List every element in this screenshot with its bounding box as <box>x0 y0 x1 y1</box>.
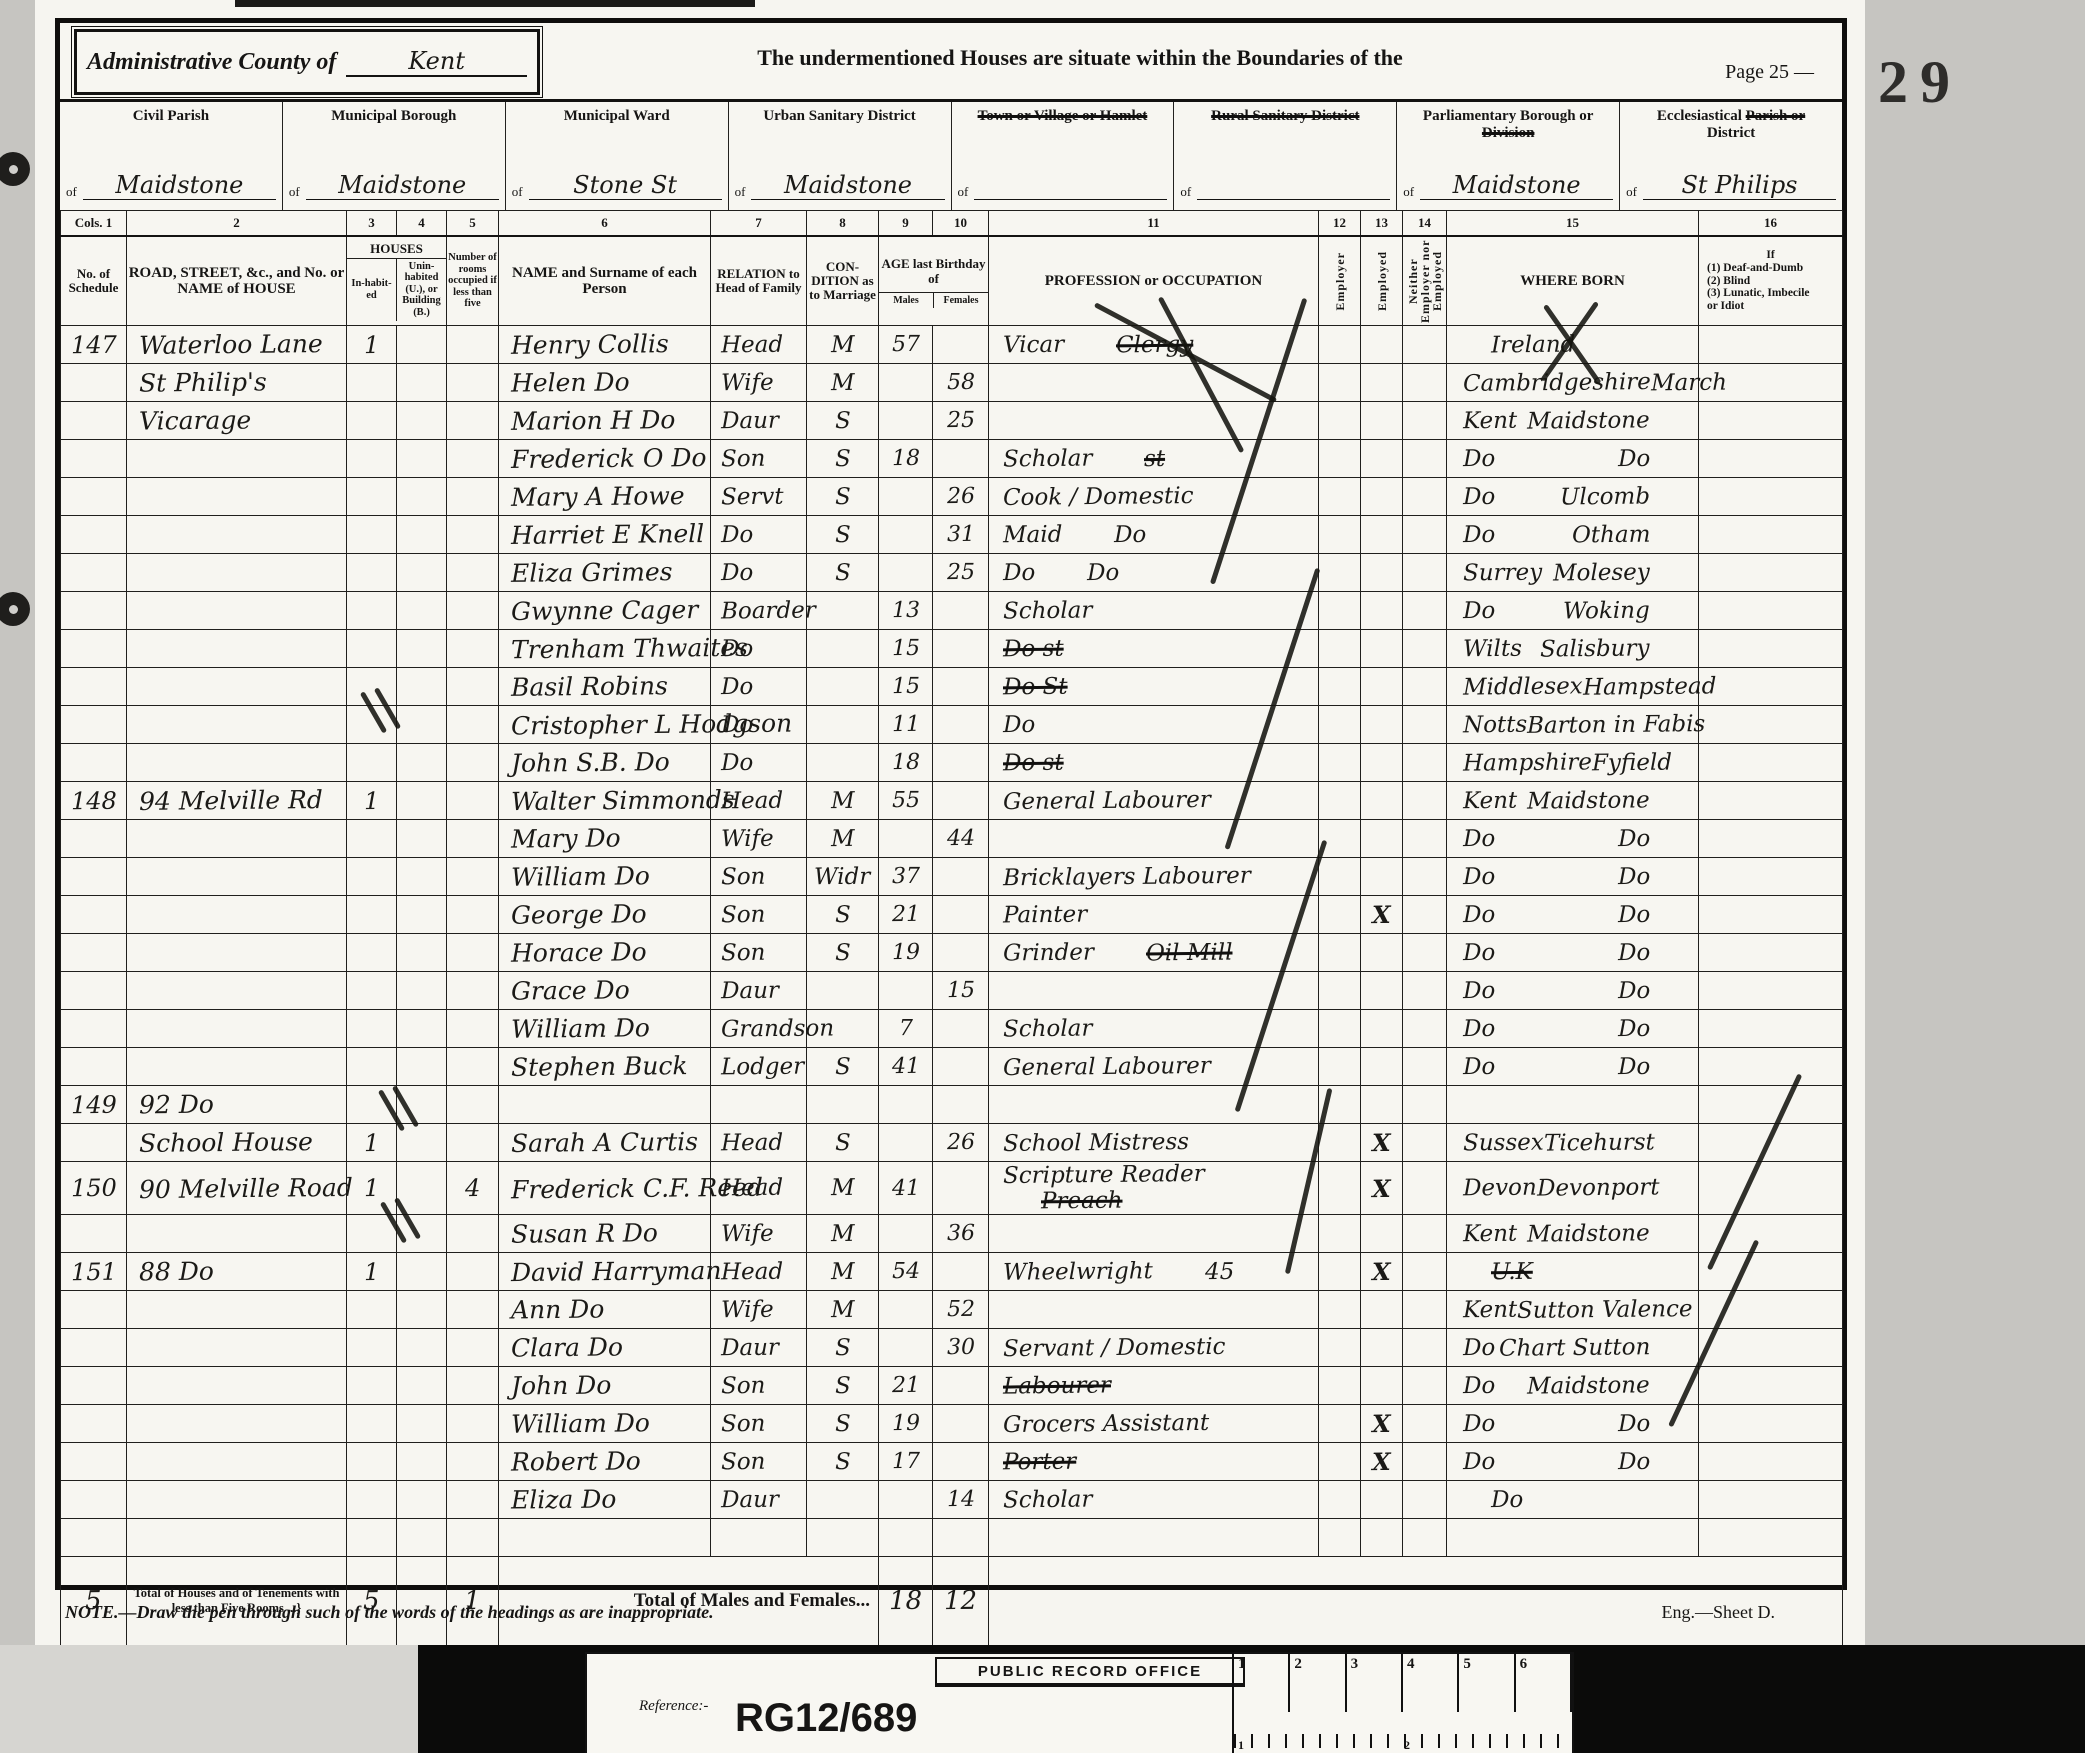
cell-name: Ann Do <box>499 1291 711 1329</box>
cell-profession: Do st <box>989 630 1319 668</box>
cell-neither <box>1403 1367 1447 1405</box>
col-houses-header: HOUSES In-habit-ed Unin-habited (U.), or… <box>347 236 447 326</box>
col-condition-header: CON-DITION as to Marriage <box>807 236 879 326</box>
cell-neither <box>1403 554 1447 592</box>
cell-age-male: 11 <box>879 706 933 744</box>
cell-schedule: 150 <box>61 1162 127 1215</box>
cell-employed <box>1361 744 1403 782</box>
cell-condition: S <box>807 896 879 934</box>
cell-uninhabited <box>397 1215 447 1253</box>
cell-employed <box>1361 1481 1403 1519</box>
cell-employer <box>1319 934 1361 972</box>
cell-employed <box>1361 668 1403 706</box>
cell-infirmity <box>1699 1086 1843 1124</box>
district-label: Parliamentary Borough orDivision <box>1403 108 1613 146</box>
cell-age-male: 17 <box>879 1443 933 1481</box>
cell-rooms <box>447 668 499 706</box>
cell-inhabited <box>347 402 397 440</box>
cell-age-male <box>879 1086 933 1124</box>
cell-age-female <box>933 706 989 744</box>
cell-inhabited: 1 <box>347 1162 397 1215</box>
cell-age-male <box>879 820 933 858</box>
cell-rooms <box>447 364 499 402</box>
census-row: VicarageMarion H DoDaurS25KentMaidstone <box>61 402 1843 440</box>
cell-relation: Son <box>711 1443 807 1481</box>
census-row: Frederick O DoSonS18ScholarstDoDo <box>61 440 1843 478</box>
cell-schedule <box>61 668 127 706</box>
cell-age-male <box>879 1215 933 1253</box>
total-houses-label: Total of Houses and of Tenements with le… <box>127 1557 347 1646</box>
census-row: William DoSonWidr37Bricklayers LabourerD… <box>61 858 1843 896</box>
cell-name: William Do <box>499 858 711 896</box>
cell-where-born: DoOtham <box>1447 516 1699 554</box>
cell-age-female <box>933 1010 989 1048</box>
cell-rooms <box>447 1405 499 1443</box>
cell-schedule: 147 <box>61 326 127 364</box>
cell-profession: GrinderOil Mill <box>989 934 1319 972</box>
cell-age-female: 36 <box>933 1215 989 1253</box>
cell-name: Horace Do <box>499 934 711 972</box>
cell-age-female <box>933 1086 989 1124</box>
cell-schedule <box>61 706 127 744</box>
cell-employer <box>1319 478 1361 516</box>
cell-employer <box>1319 1253 1361 1291</box>
cell-rooms <box>447 706 499 744</box>
cell-uninhabited <box>397 1367 447 1405</box>
cell-address <box>127 1481 347 1519</box>
cell-profession: Porter <box>989 1443 1319 1481</box>
col-males-header: Males <box>879 293 934 308</box>
cell-where-born: HampshireFyfield <box>1447 744 1699 782</box>
cell-profession: Painter <box>989 896 1319 934</box>
administrative-county-box: Administrative County of Kent <box>74 29 540 95</box>
cell-profession <box>989 1086 1319 1124</box>
cell-neither <box>1403 782 1447 820</box>
cell-address: 92 Do <box>127 1086 347 1124</box>
hole-punch <box>0 592 30 626</box>
cell-profession: Labourer <box>989 1367 1319 1405</box>
cell-age-male <box>879 1481 933 1519</box>
cell-name: Eliza Do <box>499 1481 711 1519</box>
cell-relation: Head <box>711 1253 807 1291</box>
cell-age-female: 25 <box>933 402 989 440</box>
cell-name <box>499 1519 711 1557</box>
cell-name <box>499 1086 711 1124</box>
cell-inhabited <box>347 1367 397 1405</box>
cell-age-female <box>933 896 989 934</box>
census-row: Ann DoWifeM52KentSutton Valence <box>61 1291 1843 1329</box>
cell-inhabited <box>347 744 397 782</box>
cell-employer <box>1319 1329 1361 1367</box>
cell-infirmity <box>1699 782 1843 820</box>
pro-title: PUBLIC RECORD OFFICE <box>935 1657 1245 1687</box>
cell-address: 88 Do <box>127 1253 347 1291</box>
col-number-13: 13 <box>1361 211 1403 237</box>
cell-relation: Servt <box>711 478 807 516</box>
cell-condition: S <box>807 554 879 592</box>
cell-where-born: DoDo <box>1447 858 1699 896</box>
cell-condition: S <box>807 1367 879 1405</box>
cell-where-born: KentMaidstone <box>1447 1215 1699 1253</box>
cell-employed <box>1361 1291 1403 1329</box>
district-4: Town or Village or Hamletof <box>952 102 1175 210</box>
cell-schedule <box>61 1291 127 1329</box>
folio-stamp-number: 29 <box>1878 48 1962 117</box>
cell-name: Walter Simmonds <box>499 782 711 820</box>
census-table: Cols. 12345678910111213141516 No. of Sch… <box>60 210 1843 1646</box>
cell-infirmity <box>1699 1048 1843 1086</box>
cell-schedule: 151 <box>61 1253 127 1291</box>
cell-inhabited <box>347 478 397 516</box>
cell-name: Harriet E Knell <box>499 516 711 554</box>
cell-where-born: DoDo <box>1447 896 1699 934</box>
pro-reference-card: PUBLIC RECORD OFFICE Reference:- RG12/68… <box>585 1652 1574 1753</box>
cell-infirmity <box>1699 478 1843 516</box>
cell-age-female: 26 <box>933 1124 989 1162</box>
of-prefix: of <box>289 184 300 200</box>
total-uninhabited <box>397 1557 447 1646</box>
cell-inhabited <box>347 820 397 858</box>
cell-rooms <box>447 1048 499 1086</box>
cell-neither <box>1403 1124 1447 1162</box>
cell-relation: Head <box>711 1124 807 1162</box>
cell-profession: Servant / Domestic <box>989 1329 1319 1367</box>
cell-employer <box>1319 326 1361 364</box>
col-neither-header: Neither Employer nor Employed <box>1403 236 1447 326</box>
cell-infirmity <box>1699 592 1843 630</box>
cell-age-male: 41 <box>879 1162 933 1215</box>
cell-age-male: 18 <box>879 440 933 478</box>
cell-employed <box>1361 1367 1403 1405</box>
cell-infirmity <box>1699 972 1843 1010</box>
col-number-14: 14 <box>1403 211 1447 237</box>
census-page-scan: Administrative County of Kent The underm… <box>0 0 2085 1753</box>
cell-age-male: 15 <box>879 668 933 706</box>
cell-infirmity <box>1699 1253 1843 1291</box>
cell-relation: Head <box>711 326 807 364</box>
cell-infirmity <box>1699 1162 1843 1215</box>
col-number-2: 2 <box>127 211 347 237</box>
cell-uninhabited <box>397 402 447 440</box>
cell-age-male <box>879 1291 933 1329</box>
cell-address <box>127 1405 347 1443</box>
cell-age-male <box>879 554 933 592</box>
cell-where-born: WiltsSalisbury <box>1447 630 1699 668</box>
col-employer-header: Employer <box>1319 236 1361 326</box>
cell-profession <box>989 1215 1319 1253</box>
of-prefix: of <box>1403 184 1414 200</box>
cell-where-born <box>1447 1519 1699 1557</box>
cell-uninhabited <box>397 744 447 782</box>
cell-name: Stephen Buck <box>499 1048 711 1086</box>
hole-punch <box>0 152 30 186</box>
col-infirmity-header: If (1) Deaf-and-Dumb (2) Blind (3) Lunat… <box>1699 236 1843 326</box>
cell-inhabited <box>347 668 397 706</box>
employed-vertical-label: Employed <box>1376 251 1388 311</box>
cell-age-male: 37 <box>879 858 933 896</box>
cell-age-female <box>933 1162 989 1215</box>
cell-employer <box>1319 402 1361 440</box>
cell-relation: Daur <box>711 1329 807 1367</box>
cell-employer <box>1319 896 1361 934</box>
cell-name: Clara Do <box>499 1329 711 1367</box>
cell-age-male: 19 <box>879 1405 933 1443</box>
cell-name: Marion H Do <box>499 402 711 440</box>
cell-name: Robert Do <box>499 1443 711 1481</box>
cell-employed <box>1361 1329 1403 1367</box>
cell-condition <box>807 1086 879 1124</box>
cell-employer <box>1319 668 1361 706</box>
cell-schedule <box>61 896 127 934</box>
cell-rooms <box>447 820 499 858</box>
cell-employed <box>1361 364 1403 402</box>
cell-age-male: 15 <box>879 630 933 668</box>
cell-neither <box>1403 478 1447 516</box>
total-rooms: 1 <box>447 1557 499 1646</box>
cell-rooms <box>447 440 499 478</box>
cell-relation: Do <box>711 668 807 706</box>
cell-condition: S <box>807 1124 879 1162</box>
cell-profession: Do st <box>989 744 1319 782</box>
cell-employer <box>1319 1519 1361 1557</box>
cell-relation: Do <box>711 744 807 782</box>
census-row: Gwynne CagerBoarder13ScholarDoWoking <box>61 592 1843 630</box>
total-mf-label: Total of Males and Females... <box>499 1557 879 1646</box>
cell-name: John Do <box>499 1367 711 1405</box>
cell-rooms <box>447 630 499 668</box>
cell-condition: S <box>807 1405 879 1443</box>
cell-infirmity <box>1699 896 1843 934</box>
cell-schedule <box>61 592 127 630</box>
county-label: Administrative County of <box>87 49 336 76</box>
cell-infirmity <box>1699 858 1843 896</box>
cell-uninhabited <box>397 630 447 668</box>
col-number-1: Cols. 1 <box>61 211 127 237</box>
cell-condition: M <box>807 820 879 858</box>
cell-neither <box>1403 934 1447 972</box>
census-row: William DoGrandson7ScholarDoDo <box>61 1010 1843 1048</box>
cell-infirmity <box>1699 1367 1843 1405</box>
totals-empty <box>989 1557 1843 1646</box>
infirmity-line: or Idiot <box>1699 300 1842 313</box>
cell-where-born: Do <box>1447 1481 1699 1519</box>
cell-neither <box>1403 858 1447 896</box>
col-females-header: Females <box>934 293 988 308</box>
cell-condition: M <box>807 1162 879 1215</box>
cell-employed <box>1361 1519 1403 1557</box>
cell-employed <box>1361 972 1403 1010</box>
col-age-header: AGE last Birthday of Males Females <box>879 236 989 326</box>
cell-profession: VicarClergy <box>989 326 1319 364</box>
census-row: Mary DoWifeM44DoDo <box>61 820 1843 858</box>
cell-age-female <box>933 1048 989 1086</box>
cell-schedule: 149 <box>61 1086 127 1124</box>
cell-neither <box>1403 820 1447 858</box>
district-value-handwritten: Maidstone <box>1420 171 1613 200</box>
cell-schedule <box>61 1481 127 1519</box>
cell-employer <box>1319 744 1361 782</box>
employer-vertical-label: Employer <box>1334 252 1346 311</box>
census-row: Cristopher L HodgsonDo11DoNottsBarton in… <box>61 706 1843 744</box>
cell-relation: Lodger <box>711 1048 807 1086</box>
cell-uninhabited <box>397 1048 447 1086</box>
cell-age-male: 18 <box>879 744 933 782</box>
cell-schedule: 148 <box>61 782 127 820</box>
cell-profession: Scholar <box>989 592 1319 630</box>
cell-uninhabited <box>397 820 447 858</box>
cell-age-male <box>879 972 933 1010</box>
cell-inhabited <box>347 1291 397 1329</box>
cell-schedule <box>61 1215 127 1253</box>
cell-schedule <box>61 364 127 402</box>
cell-schedule <box>61 820 127 858</box>
cell-relation: Daur <box>711 1481 807 1519</box>
cell-rooms <box>447 1519 499 1557</box>
cell-name: David Harryman <box>499 1253 711 1291</box>
cell-inhabited: 1 <box>347 1124 397 1162</box>
cell-address <box>127 706 347 744</box>
cell-neither <box>1403 1405 1447 1443</box>
census-row: Grace DoDaur15DoDo <box>61 972 1843 1010</box>
col-number-7: 7 <box>711 211 807 237</box>
cell-rooms <box>447 1443 499 1481</box>
cell-address <box>127 1010 347 1048</box>
cell-relation: Do <box>711 554 807 592</box>
cell-rooms <box>447 1329 499 1367</box>
district-label: Municipal Ward <box>512 108 722 146</box>
cell-inhabited: 1 <box>347 1253 397 1291</box>
cell-neither <box>1403 630 1447 668</box>
cell-infirmity <box>1699 1329 1843 1367</box>
cell-address: 94 Melville Rd <box>127 782 347 820</box>
footer-note-line: NOTE.—Draw the pen through such of the w… <box>65 1602 1835 1623</box>
cell-address <box>127 1367 347 1405</box>
cell-age-female <box>933 934 989 972</box>
cell-age-male <box>879 478 933 516</box>
district-label: Municipal Borough <box>289 108 499 146</box>
cell-name: Trenham Thwaites <box>499 630 711 668</box>
cell-schedule <box>61 478 127 516</box>
census-row: Stephen BuckLodgerS41General LabourerDoD… <box>61 1048 1843 1086</box>
cell-name: Grace Do <box>499 972 711 1010</box>
cell-neither <box>1403 1086 1447 1124</box>
cell-relation: Son <box>711 858 807 896</box>
cell-uninhabited <box>397 1291 447 1329</box>
cell-infirmity <box>1699 402 1843 440</box>
cell-rooms <box>447 782 499 820</box>
cell-inhabited <box>347 934 397 972</box>
col-name-header: NAME and Surname of each Person <box>499 236 711 326</box>
cell-age-male <box>879 402 933 440</box>
district-value-handwritten: Maidstone <box>751 171 944 200</box>
cell-profession: Grocers Assistant <box>989 1405 1319 1443</box>
cell-age-female <box>933 782 989 820</box>
cell-age-female: 25 <box>933 554 989 592</box>
cell-condition <box>807 1481 879 1519</box>
cell-profession: Wheelwright45 <box>989 1253 1319 1291</box>
cell-infirmity <box>1699 1443 1843 1481</box>
cell-profession: Scholarst <box>989 440 1319 478</box>
district-label: Urban Sanitary District <box>735 108 945 146</box>
cell-employer <box>1319 630 1361 668</box>
cell-employer <box>1319 1215 1361 1253</box>
cell-address: School House <box>127 1124 347 1162</box>
cell-uninhabited <box>397 1481 447 1519</box>
cell-relation: Do <box>711 630 807 668</box>
cell-employed <box>1361 516 1403 554</box>
census-row: Basil RobinsDo15Do StMiddlesexHampstead <box>61 668 1843 706</box>
col-number-15: 15 <box>1447 211 1699 237</box>
census-row: 15188 Do1David HarrymanHeadM54Wheelwrigh… <box>61 1253 1843 1291</box>
district-value-handwritten <box>974 199 1167 200</box>
census-row: Harriet E KnellDoS31MaidDoDoOtham <box>61 516 1843 554</box>
cell-age-female: 52 <box>933 1291 989 1329</box>
cell-rooms <box>447 858 499 896</box>
cell-inhabited <box>347 858 397 896</box>
cell-schedule <box>61 1443 127 1481</box>
district-header-band: Civil ParishofMaidstoneMunicipal Borough… <box>60 99 1842 210</box>
cell-name: Basil Robins <box>499 668 711 706</box>
cell-address <box>127 820 347 858</box>
cell-employed <box>1361 782 1403 820</box>
cell-address <box>127 934 347 972</box>
cell-profession: Bricklayers Labourer <box>989 858 1319 896</box>
census-row: St Philip'sHelen DoWifeM58Cambridgeshire… <box>61 364 1843 402</box>
cell-where-born: U.K <box>1447 1253 1699 1291</box>
cell-uninhabited <box>397 1253 447 1291</box>
cell-where-born: MiddlesexHampstead <box>1447 668 1699 706</box>
cell-uninhabited <box>397 706 447 744</box>
cell-age-female: 31 <box>933 516 989 554</box>
cell-employed: X <box>1361 1443 1403 1481</box>
cell-name: Mary Do <box>499 820 711 858</box>
cell-neither <box>1403 706 1447 744</box>
cell-relation: Son <box>711 896 807 934</box>
infirmity-line: (2) Blind <box>1699 275 1842 288</box>
census-row: Trenham ThwaitesDo15Do stWiltsSalisbury <box>61 630 1843 668</box>
cell-condition: S <box>807 1048 879 1086</box>
houses-title: HOUSES <box>347 241 446 258</box>
cell-age-male: 7 <box>879 1010 933 1048</box>
cell-condition: S <box>807 402 879 440</box>
cell-schedule <box>61 630 127 668</box>
cell-name: Eliza Grimes <box>499 554 711 592</box>
cell-uninhabited <box>397 592 447 630</box>
census-row: School House1Sarah A CurtisHeadS26School… <box>61 1124 1843 1162</box>
cell-neither <box>1403 1519 1447 1557</box>
cell-uninhabited <box>397 972 447 1010</box>
cell-condition: M <box>807 1291 879 1329</box>
cell-age-female <box>933 1443 989 1481</box>
cell-age-female <box>933 1519 989 1557</box>
col-profession-header: PROFESSION or OCCUPATION <box>989 236 1319 326</box>
cell-employer <box>1319 440 1361 478</box>
cell-name: Henry Collis <box>499 326 711 364</box>
census-row: Robert DoSonS17PorterXDoDo <box>61 1443 1843 1481</box>
cell-inhabited <box>347 592 397 630</box>
cell-age-male <box>879 1519 933 1557</box>
cell-neither <box>1403 896 1447 934</box>
cell-condition <box>807 744 879 782</box>
cell-schedule <box>61 554 127 592</box>
cell-rooms: 4 <box>447 1162 499 1215</box>
cell-age-male: 21 <box>879 896 933 934</box>
cell-age-male: 55 <box>879 782 933 820</box>
cell-employed: X <box>1361 1405 1403 1443</box>
cell-age-female <box>933 744 989 782</box>
cell-profession: Cook / Domestic <box>989 478 1319 516</box>
census-row: William DoSonS19Grocers AssistantXDoDo <box>61 1405 1843 1443</box>
